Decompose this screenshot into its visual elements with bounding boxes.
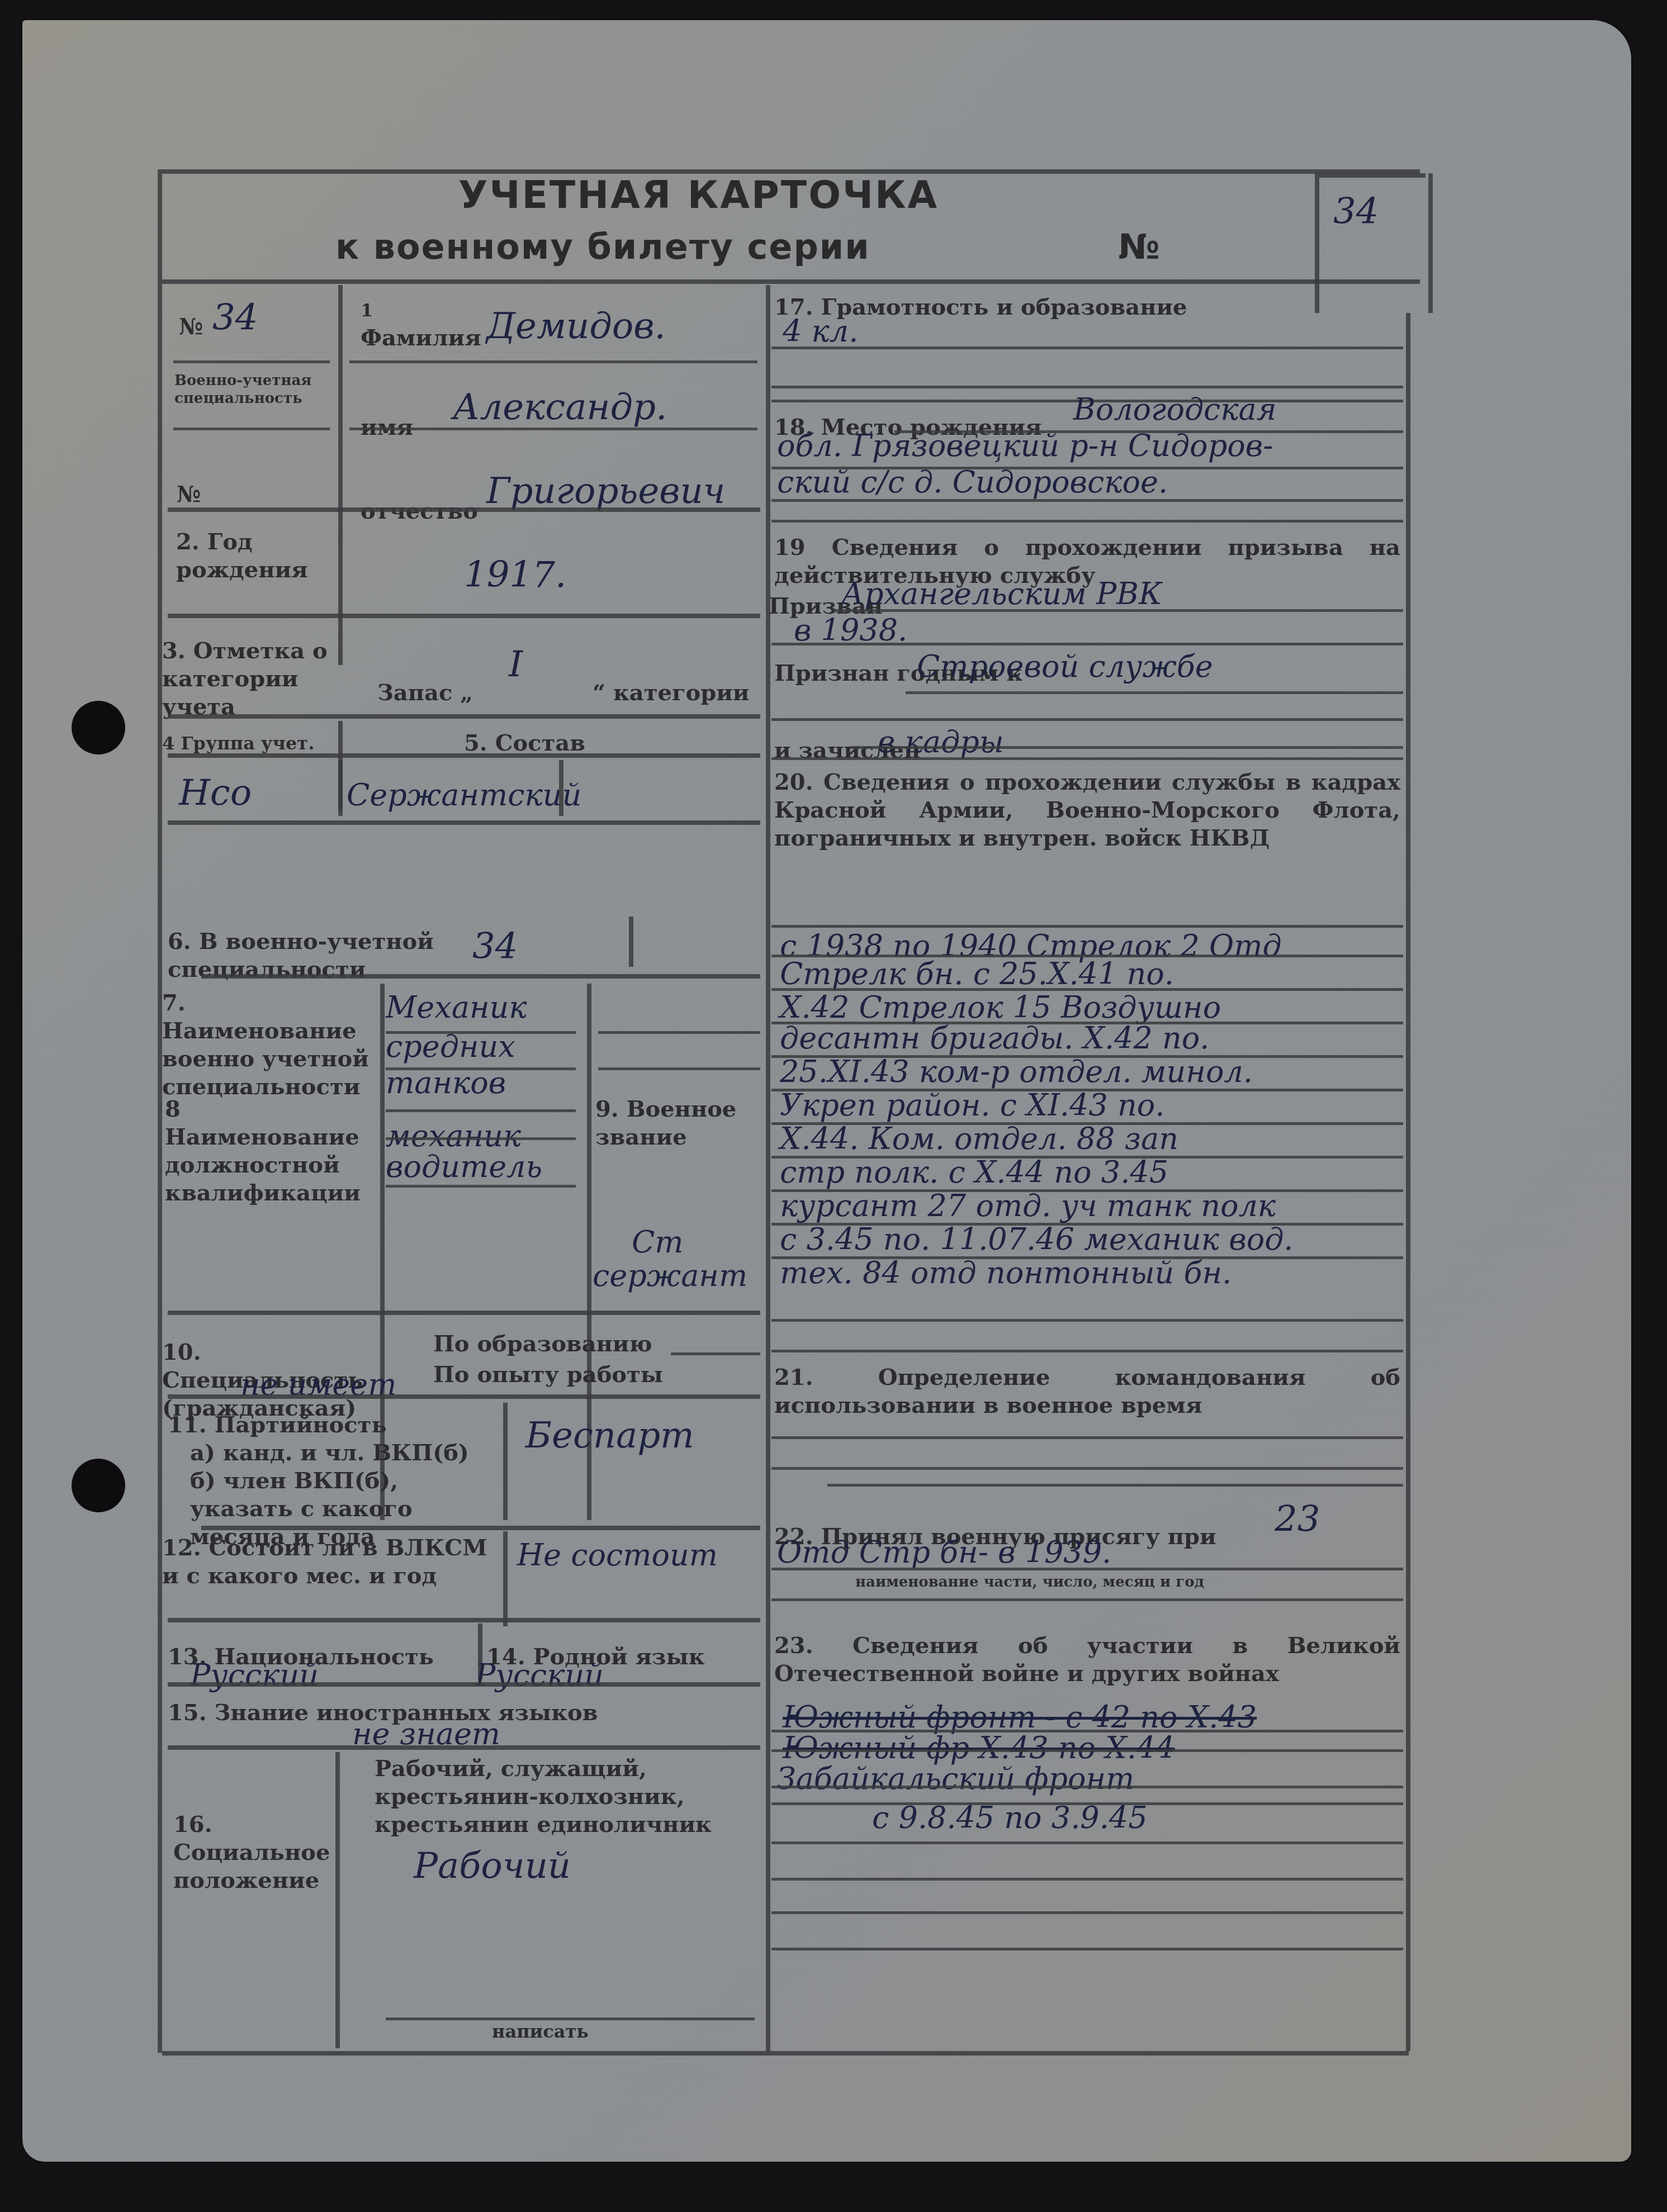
right-border [1406,313,1410,2051]
card-title: УЧЕТНАЯ КАРТОЧКА [458,173,939,217]
bottom-border [162,2051,1409,2056]
surname-label: Фамилия [361,324,481,352]
vus-no-label: № [177,481,201,509]
category-label: 3. Отметка о категории учета [162,637,341,721]
vus-name-label: 7. Наименование военно учетной специальн… [162,989,375,1101]
rule [168,1394,760,1399]
rule [201,974,760,979]
rule [771,520,1403,523]
literacy-value: 4 кл. [783,313,858,350]
service-line: Укреп район. с XI.43 по. [780,1087,1164,1124]
party-label: 11. Партийность [168,1411,387,1439]
field-number: 1 [361,299,373,321]
service-line: X.44. Ком. отдел. 88 зап [780,1121,1178,1157]
rule [771,1802,1403,1805]
party-sub-a: а) канд. и чл. ВКП(б) [190,1439,469,1467]
rule [559,760,563,816]
rule [386,1109,576,1112]
service-line: с 3.45 по. 11.07.46 механик вод. [780,1221,1294,1258]
rule [168,507,760,512]
rule [850,746,1403,749]
wartime-use-label: 21. Определение командования об использо… [774,1364,1400,1420]
rule [349,428,757,430]
rule [173,428,330,430]
rule [771,1749,1403,1752]
rule [503,1531,508,1626]
rule [771,1350,1403,1352]
card-no-label: № [179,313,203,341]
rule [771,499,1403,502]
rule [771,1911,1403,1914]
service-line: курсант 27 отд. уч танк полк [780,1188,1276,1224]
vus-number-value: 34 [472,925,518,969]
patronymic-value: Григорьевич [486,469,725,513]
rule [771,718,1403,721]
birthplace-value-1: Вологодская [1073,391,1277,428]
service-label: 20. Сведения о прохождении службы в кадр… [774,768,1400,852]
reserve-category-value: I [509,643,523,686]
rule [771,1841,1403,1844]
rule [598,1031,760,1034]
write-hint: написать [492,2020,589,2043]
qualification-value-2: водитель [386,1148,542,1185]
rule [771,1598,1403,1601]
rule [162,279,1420,284]
surname-value: Демидов. [486,305,666,348]
rule [338,760,343,816]
war-participation-label: 23. Сведения об участии в Великой Отечес… [774,1632,1400,1688]
oath-hint: наименование части, число, месяц и год [855,1573,1204,1591]
rule [771,1786,1403,1788]
qualification-label: 8 Наименование должностной квалификации [165,1095,377,1207]
group-label: 4 Группа учет. [162,732,314,754]
rule [1315,173,1319,313]
rule [827,1484,1403,1487]
rank-label: 9. Военное звание [595,1095,752,1151]
rule [771,1319,1403,1322]
rule [386,1137,576,1140]
name-value: Александр. [453,386,667,429]
left-border [158,169,162,2053]
rule [1428,173,1433,313]
composition-value: Сержантский [347,777,581,814]
oath-day: 23 [1275,1498,1320,1541]
rule [771,346,1403,349]
rule [503,1403,508,1520]
rule [168,1618,760,1622]
birthplace-value-2: обл. Грязовецкий р-н Сидоров- [777,428,1273,464]
social-status-label: 16. Социальное положение [173,1811,330,1895]
rank-value-1: Ст [632,1224,684,1261]
rule [598,1067,760,1070]
vus-label: Военно-учетная специальность [174,372,331,407]
rule [1319,173,1426,178]
rule [671,1352,760,1355]
rule [168,1682,760,1687]
rank-value-2: сержант [593,1257,747,1294]
rule [771,1948,1403,1950]
vus-name-value-3: танков [386,1065,506,1102]
native-language-value: Русский [475,1657,604,1694]
komsomol-value: Не состоит [517,1537,718,1574]
group-value: Нсо [179,771,252,815]
punch-hole [72,1459,125,1512]
card-no-value: 34 [212,296,258,340]
service-line: тех. 84 отд понтонный бн. [780,1255,1232,1292]
rule [771,386,1403,388]
rule [771,643,1403,645]
rule [168,614,760,618]
punch-hole [72,701,125,754]
rule [906,691,1403,694]
by-experience-label: По опыту работы [433,1361,663,1389]
birth-year-value: 1917. [464,553,566,597]
rule [771,757,1403,760]
party-value: Беспарт [525,1414,694,1458]
birth-year-label: 2. Год рождения [176,528,321,584]
vus-name-value-1: Механик [386,989,527,1026]
oath-unit-date: Отд Стр бн- в 1939. [777,1534,1111,1571]
service-line: 25.XI.43 ком-р отдел. минол. [780,1053,1253,1090]
rule [349,360,757,363]
rule [168,820,760,825]
called-value: Архангельским РВК [841,576,1162,613]
service-line: Стрелк бн. с 25.X.41 по. [780,956,1174,993]
rule [335,1752,340,2048]
number-label: № [1118,226,1161,267]
rule [771,1436,1403,1439]
rule [168,1311,760,1315]
reserve-text-a: Запас „ [377,679,473,707]
rule [338,285,343,665]
rule [168,753,760,758]
nationality-value: Русский [190,1657,319,1694]
enlisted-value: в кадры [878,724,1004,761]
reserve-text-b: “ категории [593,679,749,707]
vus-name-value-2: средних [386,1028,515,1065]
komsomol-label: 12. Состоит ли в ВЛКСМ и с какого мес. и… [162,1534,498,1590]
rule [629,917,633,967]
rule [168,714,760,719]
rule [771,1878,1403,1881]
card-number: 34 [1333,190,1379,234]
social-status-options: Рабочий, служащий, крестьянин-колхозник,… [375,1755,755,1839]
social-status-value: Рабочий [414,1844,571,1888]
rule [173,360,330,363]
rule [201,1526,760,1530]
card-subtitle: к военному билету серии [335,226,870,267]
rule [833,609,1403,612]
rule [386,1185,576,1188]
war-line: Забайкальский фронт [777,1760,1134,1797]
service-line: десантн бригады. X.42 по. [780,1020,1209,1057]
by-education-label: По образованию [433,1330,652,1358]
rule [168,1745,760,1750]
birthplace-value-3: ский с/с д. Сидоровское. [777,464,1168,501]
rule [771,1568,1403,1570]
fit-value: Строевой службе [917,648,1213,685]
column-divider [766,285,770,2051]
service-line: стр полк. с X.44 по 3.45 [780,1154,1168,1191]
rule [771,1467,1403,1470]
